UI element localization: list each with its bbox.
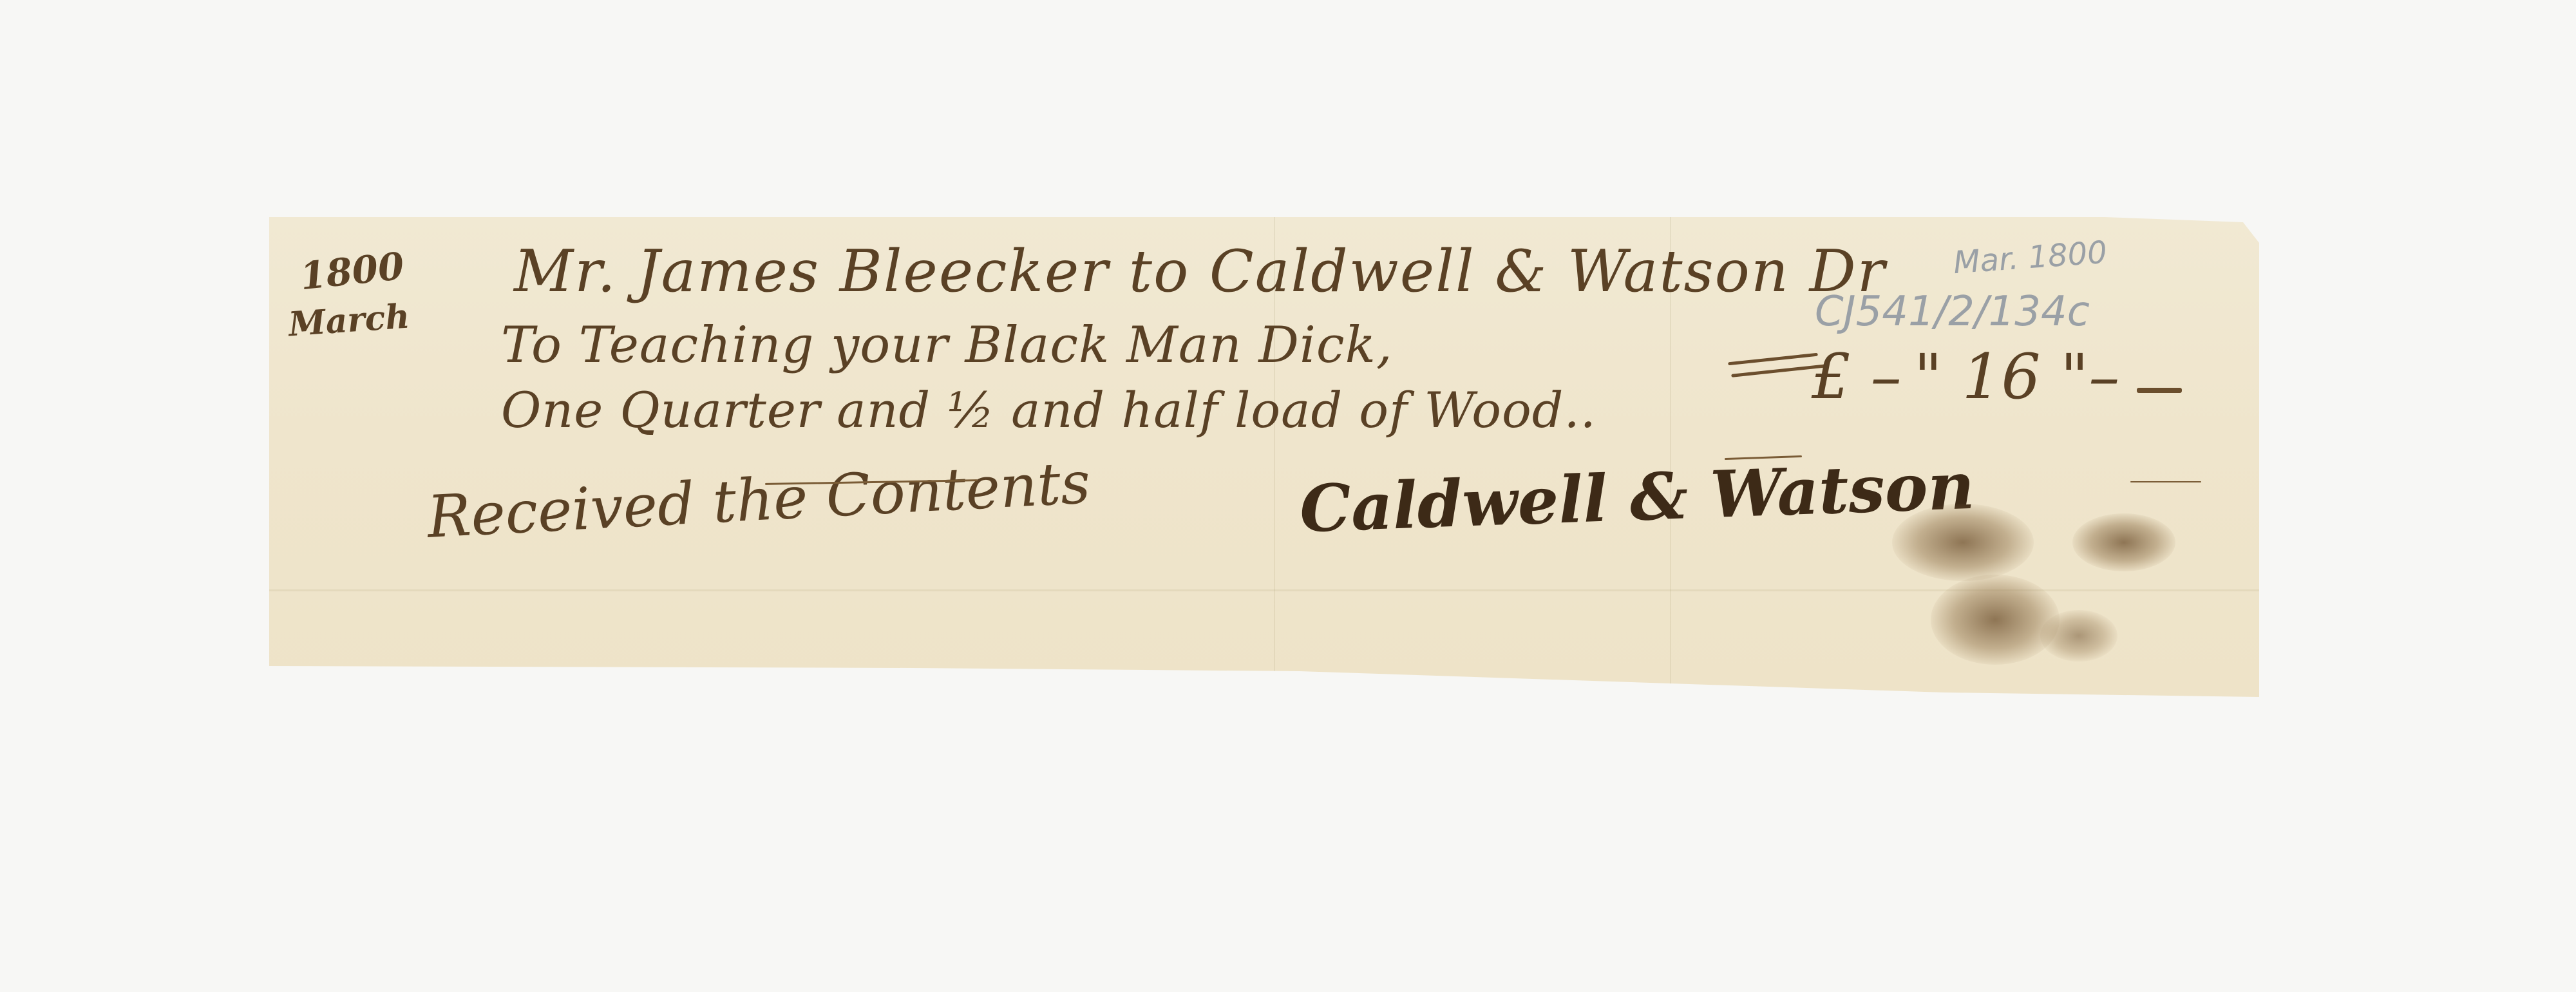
ink-stain <box>1892 504 2034 581</box>
dash-stroke <box>2130 481 2201 482</box>
item-line-wood: One Quarter and ½ and half load of Wood.… <box>501 386 1596 435</box>
amount-dash <box>2137 388 2182 393</box>
pencil-date-annotation: Mar. 1800 <box>1952 234 2108 281</box>
ink-stain <box>2040 610 2117 662</box>
scan-background: 1800 March Mr. James Bleecker to Caldwel… <box>0 0 2576 992</box>
received-acknowledgement: Received the Contents <box>426 454 1092 547</box>
catalog-reference: CJ541/2/134c <box>1815 288 2090 336</box>
pound-sign-stroke <box>1728 353 1818 366</box>
ink-stain <box>2072 513 2175 571</box>
item-line-teaching: To Teaching your Black Man Dick, <box>501 320 1393 370</box>
ink-stain <box>1931 575 2060 665</box>
amount-total: £ – " 16 "– <box>1812 346 2119 408</box>
date-year: 1800 <box>298 247 406 296</box>
date-month: March <box>287 300 410 342</box>
receipt-heading: Mr. James Bleecker to Caldwell & Watson … <box>514 243 1886 301</box>
signature: Caldwell & Watson <box>1299 453 1976 542</box>
receipt-paper: 1800 March Mr. James Bleecker to Caldwel… <box>269 217 2259 697</box>
